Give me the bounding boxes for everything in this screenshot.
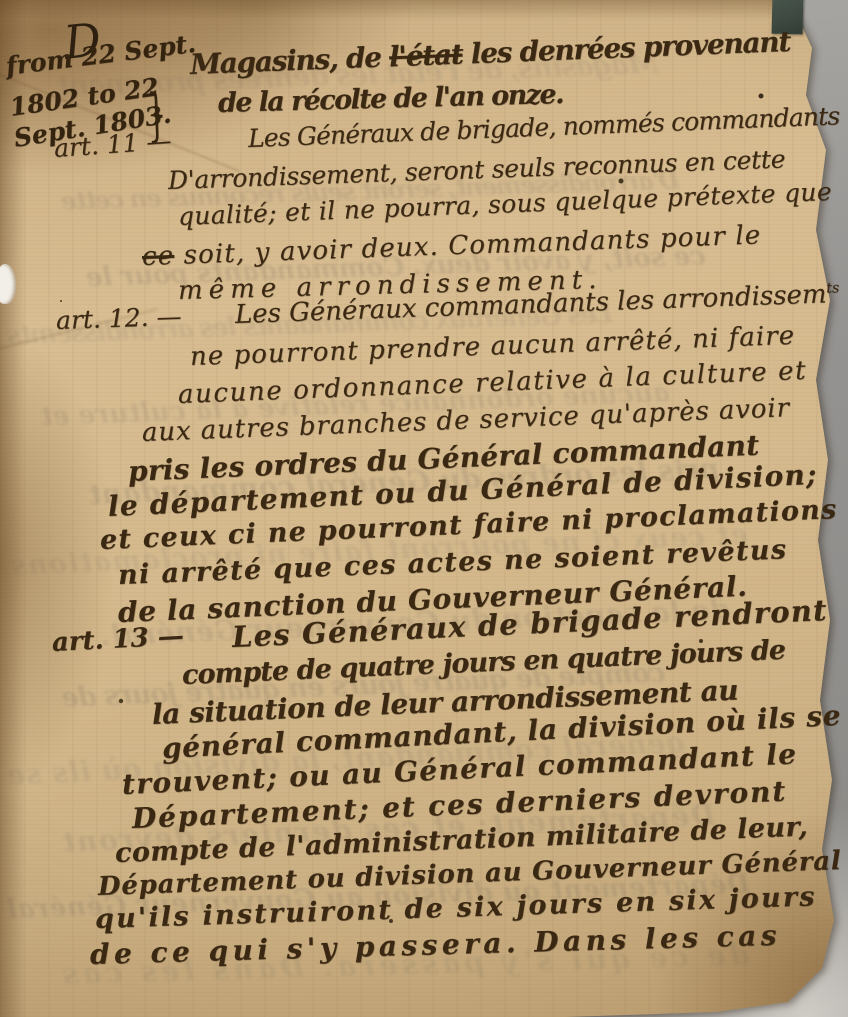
left-edge-shading xyxy=(0,0,26,1017)
struck-text: ce xyxy=(141,241,174,272)
struck-text: l'état xyxy=(388,38,463,74)
scanned-manuscript: Magasins, de l'état les denrées provenan… xyxy=(0,0,848,1017)
top-edge-shading xyxy=(0,0,848,20)
article-12-label: art. 12. — xyxy=(55,302,181,335)
superscript-text: ts xyxy=(826,280,840,296)
ink-specks xyxy=(60,300,62,302)
